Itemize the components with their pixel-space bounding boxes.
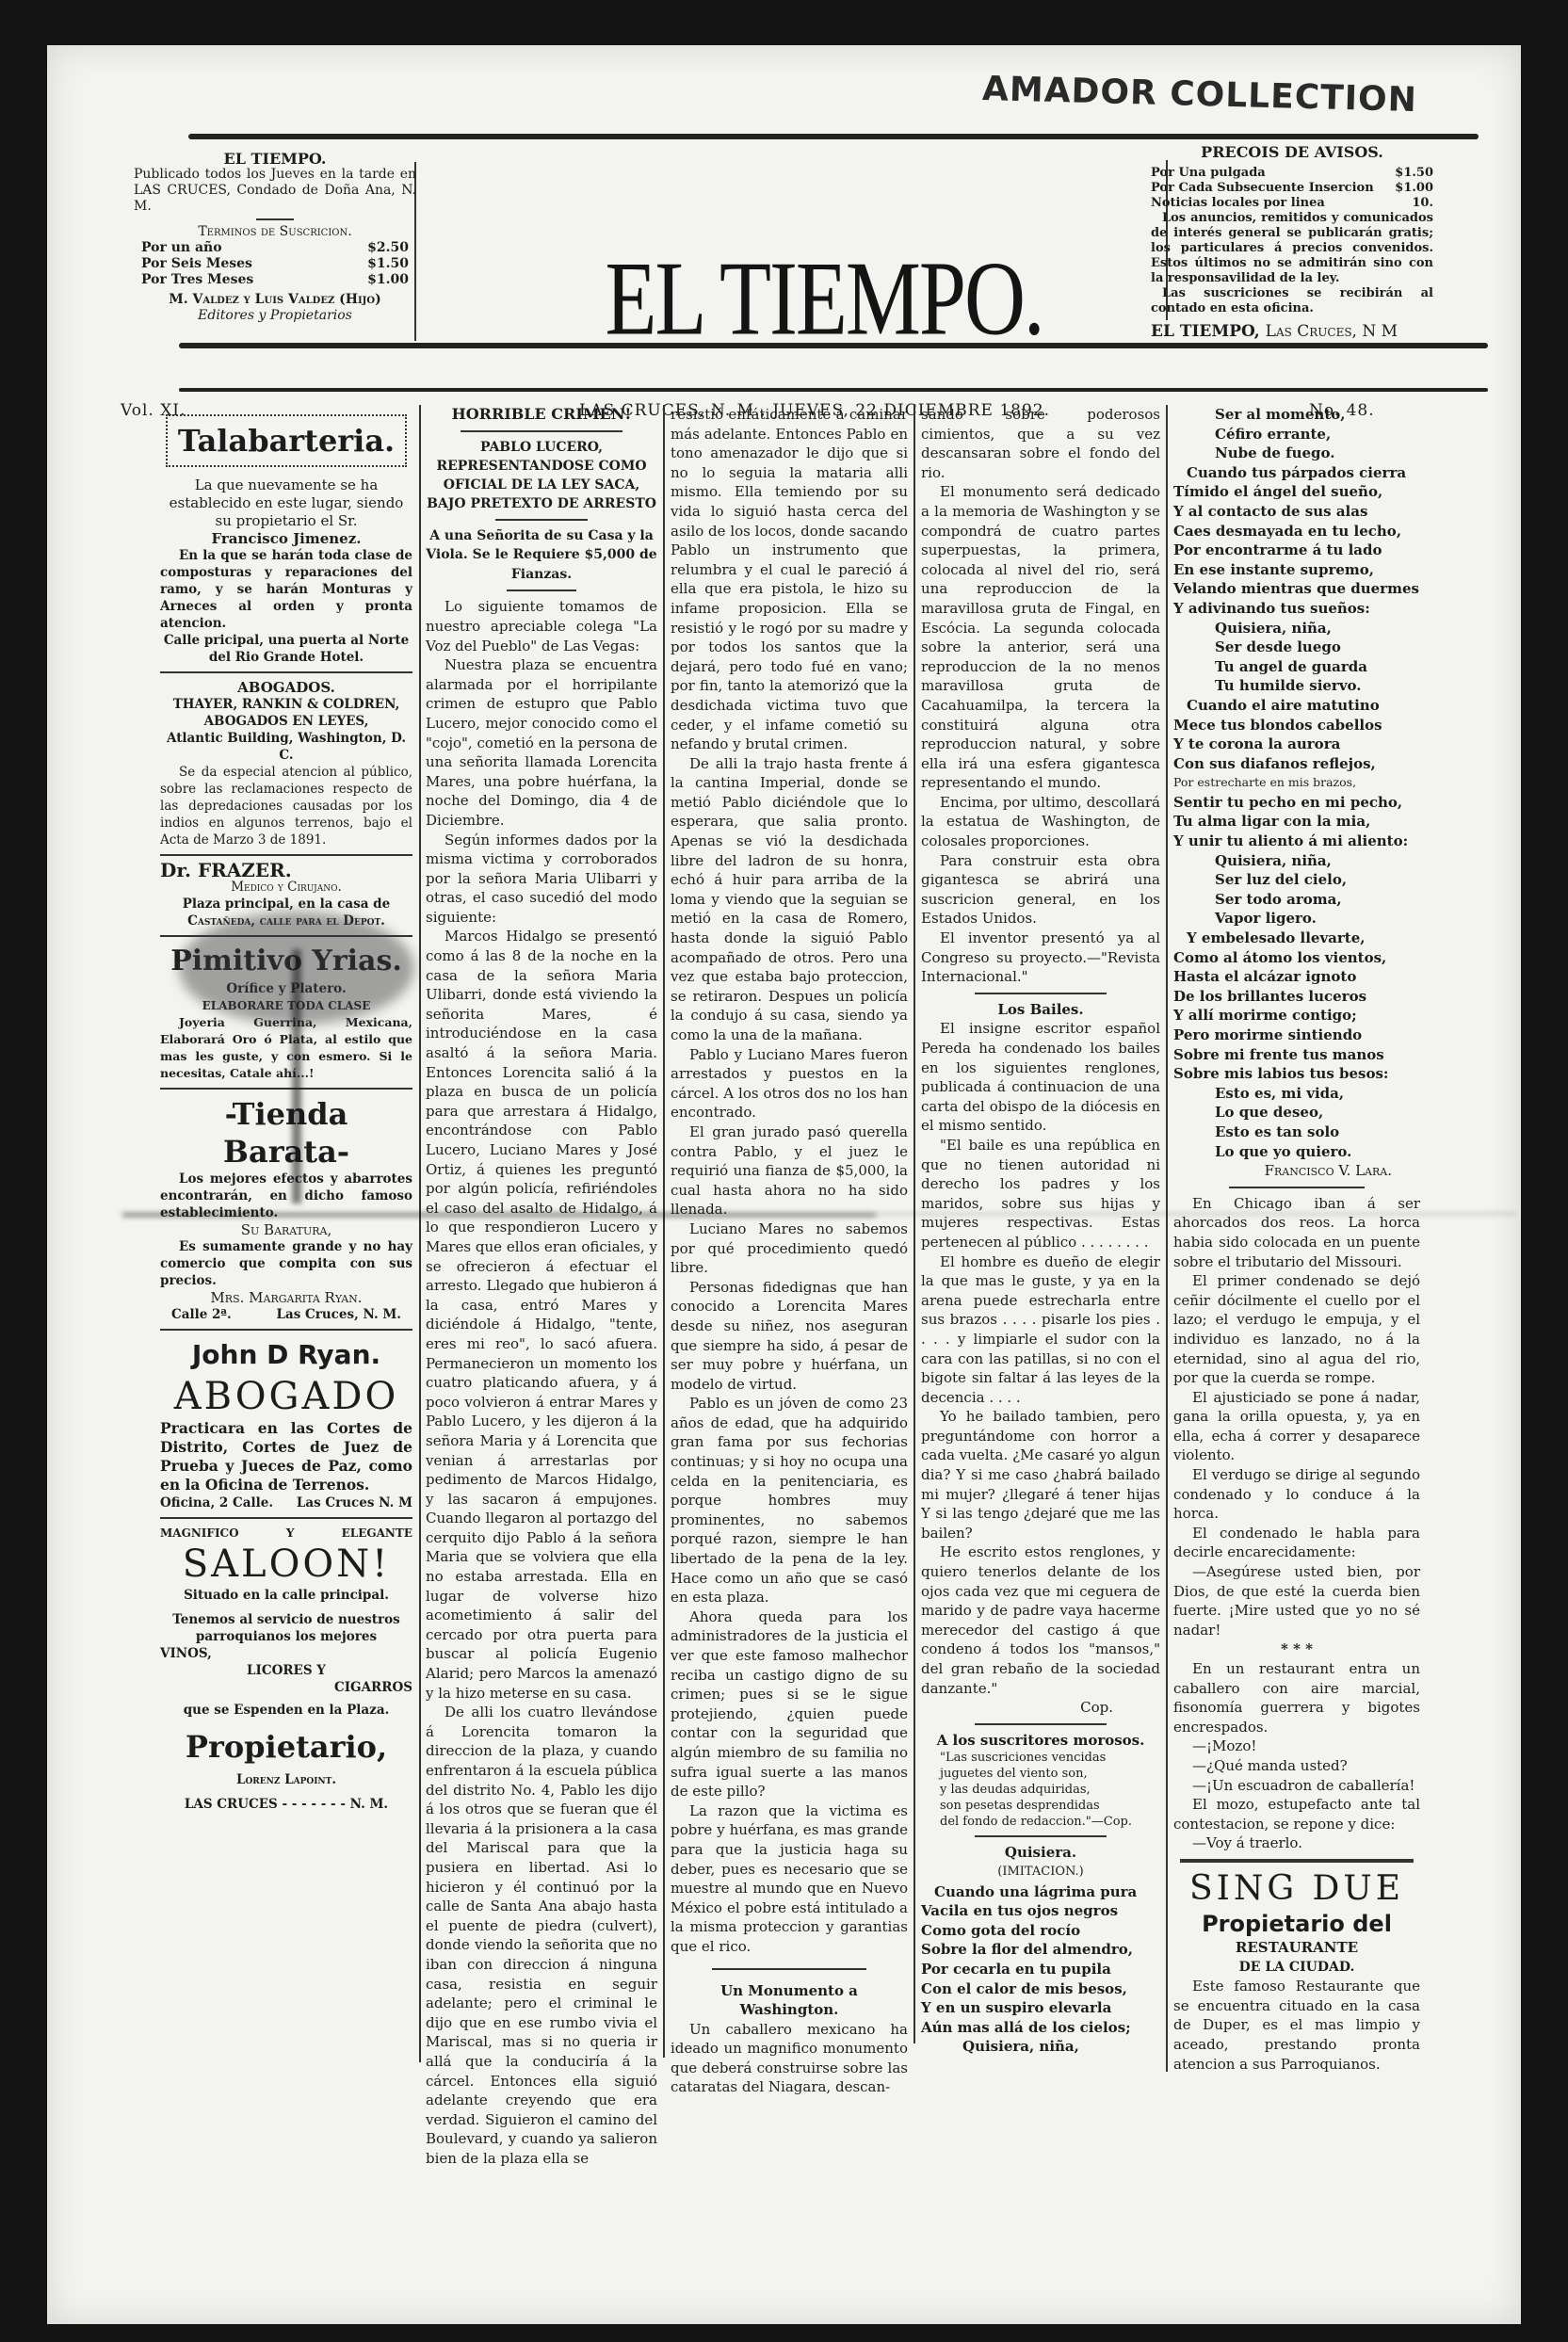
publication-info: Publicado todos los Jueves en la tarde e… [134, 167, 416, 215]
morosos-verse: "Las suscriciones vencidas juguetes del … [921, 1750, 1160, 1830]
ad-title: Talabarteria. [168, 422, 405, 460]
column-divider [913, 405, 915, 2043]
editors: M. Valdez y Luis Valdez (Hijo) [134, 292, 416, 308]
dateline-rule [179, 388, 1488, 392]
poet-signature: Francisco V. Lara. [1173, 1161, 1420, 1181]
column-ads: Talabarteria. La que nuevamente se ha es… [160, 405, 412, 1813]
asterism: * * * [1173, 1639, 1420, 1659]
ear-signature: EL TIEMPO, Las Cruces, N M [1151, 324, 1433, 339]
column-poem-anecdotes: Ser al momento, Céfiro errante, Nube de … [1173, 405, 1420, 2074]
rate-row: Por Cada Subsecuente Insercion$1.00 [1151, 181, 1433, 196]
article-subdeck: A una Señorita de su Casa y la Viola. Se… [426, 526, 657, 585]
monument-heading: Un Monumento a Washington. [671, 1981, 908, 2020]
quisiera-verse: Cuando una lágrima pura Vacila en tus oj… [921, 1882, 1160, 2057]
column-divider [419, 405, 421, 2062]
masthead-top-rule [188, 134, 1479, 139]
ad-rates-heading: PRECOIS DE AVISOS. [1151, 145, 1433, 160]
fold-crease [876, 1213, 1516, 1215]
rate-row: Por Una pulgada$1.50 [1151, 166, 1433, 181]
terms-heading: Terminos de Suscricion. [134, 224, 416, 240]
article-deck: PABLO LUCERO, REPRESENTANDOSE COMO OFICI… [426, 438, 657, 513]
column-crime-continued: resistió enfáticamente á caminar más ade… [671, 405, 908, 2097]
ad-note: Los anuncios, remitidos y comunicados de… [1151, 211, 1433, 286]
bailes-heading: Los Bailes. [921, 1000, 1160, 1020]
newspaper-page: AMADOR COLLECTION EL TIEMPO. Publicado t… [47, 45, 1521, 2324]
morosos-heading: A los suscritores morosos. [921, 1731, 1160, 1751]
column-monument-bailes: sando sobre poderosos cimientos, que a s… [921, 405, 1160, 2057]
editors-role: Editores y Propietarios [134, 308, 416, 324]
fold-crease [122, 1213, 876, 1217]
masthead-title: EL TIEMPO. [461, 238, 1187, 360]
term-row: Por Tres Meses$1.00 [134, 272, 416, 288]
article-headline: HORRIBLE CRIMEN! [426, 405, 657, 425]
column-divider [663, 405, 665, 2058]
ad-talabarteria-title-box: Talabarteria. [166, 414, 407, 467]
sing-due-name: SING DUE [1173, 1868, 1420, 1910]
quisiera-heading: Quisiera. [921, 1843, 1160, 1863]
column-crime-article: HORRIBLE CRIMEN! PABLO LUCERO, REPRESENT… [426, 405, 657, 2168]
masthead-left-ear: EL TIEMPO. Publicado todos los Jueves en… [134, 151, 416, 324]
term-row: Por un año$2.50 [134, 240, 416, 256]
masthead-right-ear: PRECOIS DE AVISOS. Por Una pulgada$1.50 … [1151, 145, 1433, 339]
fold-crease [292, 949, 301, 1203]
collection-stamp: AMADOR COLLECTION [982, 70, 1418, 120]
term-row: Por Seis Meses$1.50 [134, 256, 416, 272]
rate-row: Noticias locales por linea10. [1151, 196, 1433, 211]
poem-continued: Ser al momento, Céfiro errante, Nube de … [1173, 405, 1420, 1161]
ad-note: Las suscriciones se recibirán al contado… [1151, 286, 1433, 316]
ear-heading: EL TIEMPO. [134, 151, 416, 167]
column-divider [1166, 405, 1168, 2072]
